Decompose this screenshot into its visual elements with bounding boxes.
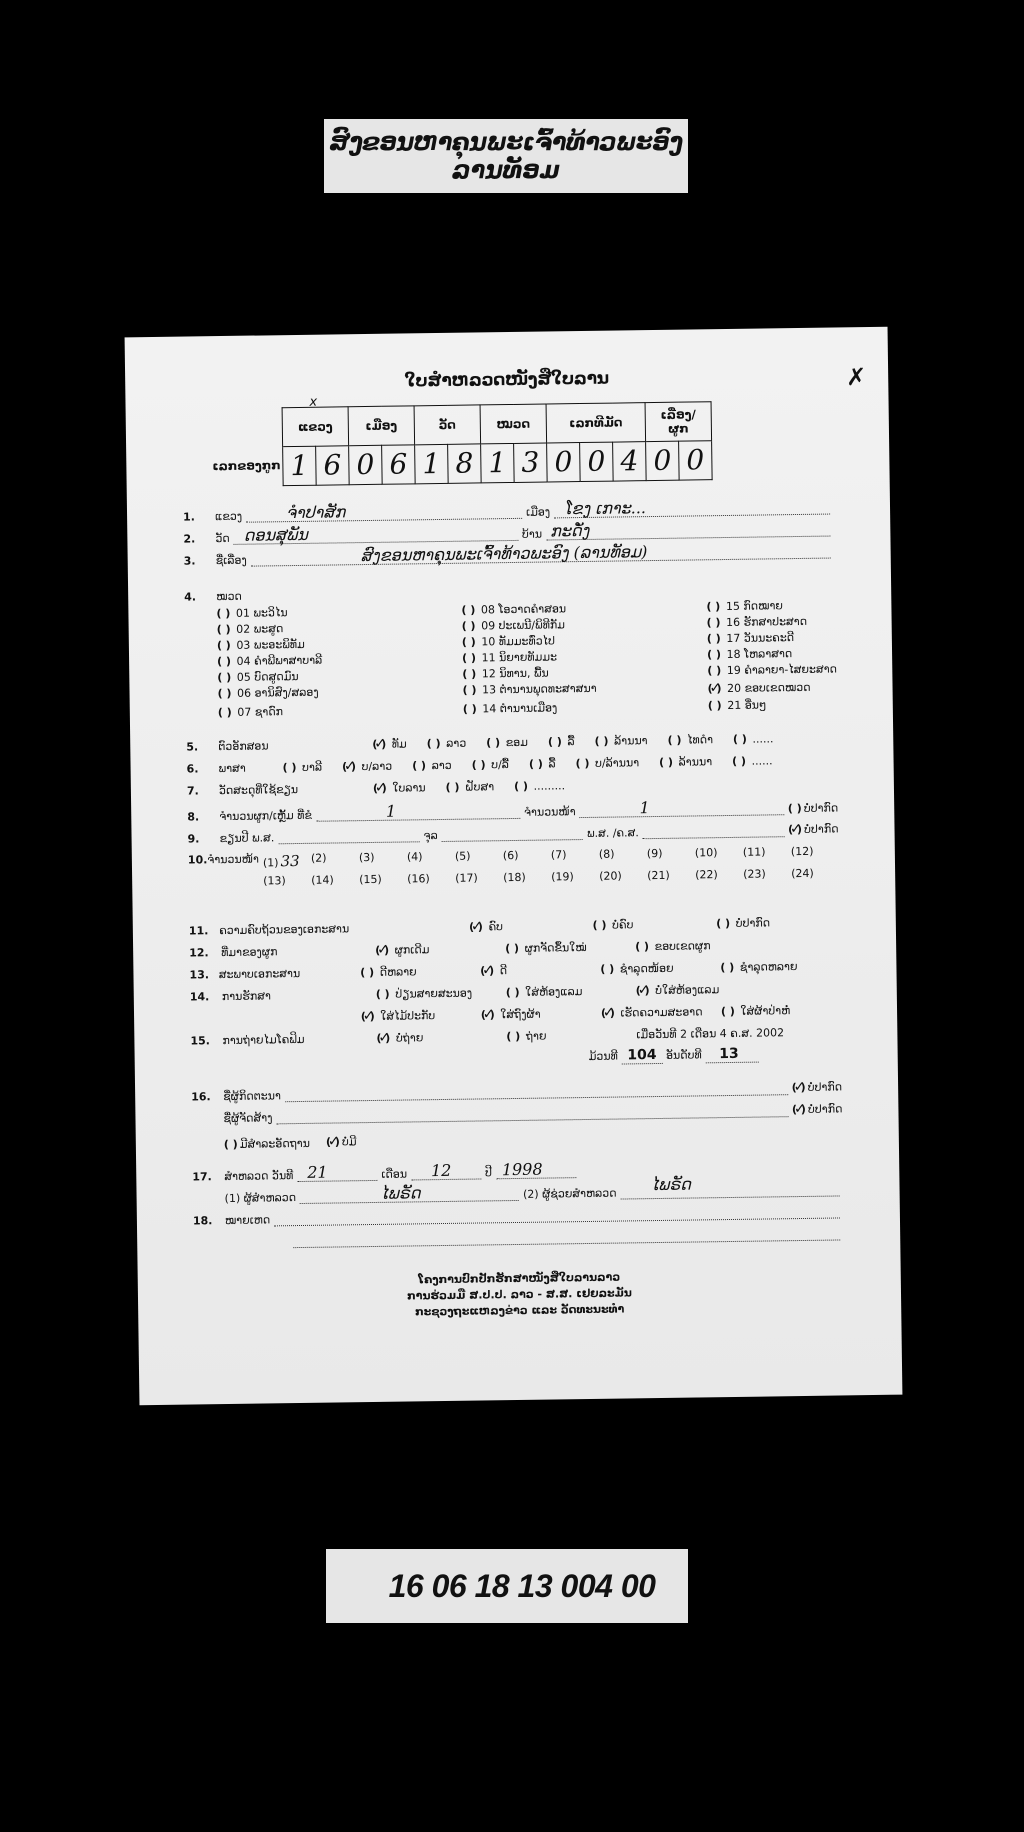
surveyor-value: ໄພຣັດ xyxy=(380,1183,421,1203)
top-title-line1: ສົງຂອນຫາຄຸນພະເຈົ້າທ້າວພະອົງ xyxy=(330,128,683,156)
colophon-no-option[interactable]: ( )ບໍ່ມີ xyxy=(326,1133,357,1149)
village-field[interactable]: ກະດັ່ງ xyxy=(546,520,831,541)
code-digit: 1 xyxy=(283,446,317,485)
script-label: ຕົວອັກສອນ xyxy=(218,738,368,753)
field-number: 14. xyxy=(190,990,222,1003)
checkbox[interactable]: ( ) xyxy=(506,1029,522,1042)
checkbox[interactable]: ( ) xyxy=(707,632,723,645)
checkbox-checked[interactable]: ( ) xyxy=(361,1008,377,1024)
survey-day-field[interactable]: 21 xyxy=(297,1164,377,1182)
option-label: ດີ xyxy=(496,964,507,977)
volume-slot[interactable]: (8) xyxy=(599,847,647,870)
code-header-bundle-no: ເລກທີມັດ xyxy=(546,403,646,443)
volume-slot[interactable]: (6) xyxy=(503,848,551,871)
frame-label: ອັນດັບທີ xyxy=(666,1048,702,1061)
checkbox-checked[interactable]: ( ) xyxy=(481,1006,497,1022)
creator-label: ຊື່ຜູ້ຈັດສ້າງ xyxy=(223,1111,272,1125)
checkbox-checked[interactable]: ( ) xyxy=(342,758,358,774)
survey-year-value: 1998 xyxy=(502,1160,543,1180)
volume-slot[interactable]: (10) xyxy=(695,846,743,869)
corner-x-mark: ✗ xyxy=(846,363,866,391)
option-label: ບ/ລື້ xyxy=(488,758,509,771)
category-option[interactable]: ( ) 19 ຄຳລາຍາ-ໄສຍະສາດ xyxy=(707,662,887,678)
field-number: 3. xyxy=(184,554,216,567)
field-number: 6. xyxy=(187,762,219,775)
category-option[interactable]: ( ) 18 ໂຫລາສາດ xyxy=(707,646,887,662)
option[interactable]: ( ) ຜູກເດີມ xyxy=(375,940,493,958)
category-option[interactable]: ( ) 03 ພະອະພິທັມ xyxy=(217,636,462,652)
option-label: ບໍ່ຖ່າຍ xyxy=(392,1031,423,1044)
option-label: 06 ອານິສົງ/ສລອງ xyxy=(233,686,318,700)
checkbox[interactable]: ( ) xyxy=(412,759,428,772)
option[interactable]: ( ) ຊຳລຸດໜ້ອຍ xyxy=(600,961,708,976)
option-label: 04 ຄຳພີພາສາບາລີ xyxy=(233,654,322,668)
option-label: ໄທດຳ xyxy=(683,733,713,746)
volume-slot[interactable]: (4) xyxy=(407,850,455,873)
checkbox[interactable]: ( ) xyxy=(635,940,651,953)
option-label: ຂອບເຂດຜູກ xyxy=(651,939,711,953)
checkbox[interactable]: ( ) xyxy=(594,735,610,748)
option-label: 19 ຄຳລາຍາ-ໄສຍະສາດ xyxy=(723,662,837,677)
checkbox[interactable]: ( ) xyxy=(461,603,477,616)
option[interactable]: ( ) ບ/ລາວ xyxy=(342,760,392,774)
option[interactable]: ( ) ຊຳລຸດຫລາຍ xyxy=(720,959,828,974)
option[interactable]: ( ) ລ້ານນາ xyxy=(659,755,712,769)
district-value: ໂຂງ ເກາະ... xyxy=(564,498,646,518)
title-value: ສົງຂອນຫາຄຸນພະເຈົ້າທ້າວພະອົງ (ລານທັອມ) xyxy=(361,542,648,565)
field-number: 11. xyxy=(189,924,219,937)
option-label: 02 ພະສູດ xyxy=(233,622,284,636)
category-option[interactable]: ( ) 12 ນິທານ, ພື້ນ xyxy=(462,664,707,680)
category-option[interactable]: ( ) 06 ອານິສົງ/ສລອງ xyxy=(217,684,462,703)
checkbox-checked[interactable]: ( ) xyxy=(375,942,391,958)
option[interactable]: ( ) ...... xyxy=(733,732,774,746)
checkbox-checked[interactable]: ( ) xyxy=(636,982,652,998)
category-option[interactable]: ( ) 08 ໂອວາດຄຳສອນ xyxy=(461,600,706,616)
option[interactable]: ( ) ເຮັດຄວາມສະອາດ xyxy=(601,1003,709,1021)
volume-slot[interactable]: (16) xyxy=(407,872,455,895)
option[interactable]: ( ) ລື້ xyxy=(548,735,575,748)
option-label: ຜູກຈັດຂຶ້ນໃໝ່ xyxy=(521,940,587,954)
count-unknown-option[interactable]: ( )ບໍ່ປາກົດ xyxy=(788,801,839,815)
field-number: 12. xyxy=(189,946,221,959)
option-label: ບໍ່ຄົບ xyxy=(609,918,634,931)
checkbox-checked[interactable]: ( ) xyxy=(601,1005,617,1021)
option[interactable]: ( ) ໃບລານ xyxy=(373,781,426,795)
volume-slot[interactable]: (15) xyxy=(359,872,407,895)
option-label: ບາລີ xyxy=(299,761,323,774)
province-value: ຈຳປາສັກ xyxy=(286,502,346,522)
code-digit: 4 xyxy=(613,442,647,481)
volume-slot[interactable]: (21) xyxy=(647,868,695,891)
option-label: ຜູກເດີມ xyxy=(391,943,429,957)
category-option[interactable]: ( ) 16 ຮັກສາປະສາດ xyxy=(707,614,887,630)
fascicle-count-label: ຈຳນວນຜູກ/ເຫຼັ້ມ ທີ່ຂໍ xyxy=(219,809,312,823)
option[interactable]: ( ) ປ່ຽນສາຍສະນອງ xyxy=(376,986,494,1001)
microfilm-date: ເມື່ອວັນທີ 2 ເດືອນ 4 ຄ.ສ. 2002 xyxy=(636,1026,784,1041)
field-number: 18. xyxy=(193,1214,225,1227)
volume-slot[interactable]: (20) xyxy=(599,869,647,892)
script-options: ( ) ທັມ( ) ລາວ( ) ຂອມ( ) ລື້( ) ລ້ານນາ( … xyxy=(372,730,793,752)
form-footer: ໂຄງການປົກປັກຮັກສາໜັງສືໃບລານລາວ ການຮ່ວມມື… xyxy=(194,1266,846,1323)
option[interactable]: ( ) ຖ່າຍ xyxy=(506,1028,624,1043)
code-digit: 0 xyxy=(646,441,680,480)
checkbox[interactable]: ( ) xyxy=(472,758,488,771)
code-digit: 3 xyxy=(514,443,548,482)
category-options: ( ) 01 ພະວິໄນ( ) 08 ໂອວາດຄຳສອນ( ) 15 ກົດ… xyxy=(216,598,837,719)
checkbox[interactable]: ( ) xyxy=(593,918,609,931)
option[interactable]: ( ) ລາວ xyxy=(427,737,467,751)
fascicle-count-value: 1 xyxy=(386,802,396,821)
written-year-field[interactable] xyxy=(278,825,420,844)
option[interactable]: ( ) ໃສ່ຜ້າປ່າຫໍ່ xyxy=(721,1003,829,1018)
category-option[interactable]: ( ) 01 ພະວິໄນ xyxy=(216,604,461,620)
cs-field[interactable] xyxy=(442,823,584,842)
option-label: ບ/ລາວ xyxy=(358,760,392,773)
colophon-yes-option[interactable]: ( )ມີສຳລະອັດຖານ xyxy=(224,1137,310,1151)
checkbox[interactable]: ( ) xyxy=(514,780,530,793)
option-label: 16 ຮັກສາປະສາດ xyxy=(723,615,808,629)
survey-year-field[interactable]: 1998 xyxy=(496,1161,576,1179)
checkbox[interactable]: ( ) xyxy=(217,671,233,684)
category-option[interactable]: ( ) 04 ຄຳພີພາສາບາລີ xyxy=(217,652,462,668)
fascicle-count-field[interactable]: 1 xyxy=(316,802,520,822)
option[interactable]: ( ) ທັມ xyxy=(372,737,407,750)
option-label: 10 ທັມມະທົ່ວໄປ xyxy=(478,634,555,648)
checkbox[interactable]: ( ) xyxy=(733,733,749,746)
option[interactable]: ( ) ຜູກຈັດຂຶ້ນໃໝ່ xyxy=(505,940,623,955)
field-number: 13. xyxy=(189,968,218,981)
checkbox[interactable]: ( ) xyxy=(707,616,723,629)
checkbox[interactable]: ( ) xyxy=(548,735,564,748)
code-header-province: ແຂວງ xyxy=(282,407,349,447)
volume-slot[interactable]: (9) xyxy=(647,846,695,869)
section-label: ຄວາມຄົບຖ້ວນຂອງເອກະສານ xyxy=(219,920,465,936)
checkbox[interactable]: ( ) xyxy=(708,699,724,712)
category-option[interactable]: ( ) 15 ກົດໝາຍ xyxy=(706,598,886,614)
field-number: 4. xyxy=(184,590,216,603)
volume-slot[interactable]: (23) xyxy=(743,867,791,890)
volume-slot[interactable]: (22) xyxy=(695,868,743,891)
remarks-label: ໝາຍເຫດ xyxy=(225,1213,270,1227)
volume-slot[interactable]: (3) xyxy=(359,850,407,873)
code-x-mark: x xyxy=(309,395,317,410)
form-title: ໃບສຳຫລວດໜັງສືໃບລານ xyxy=(181,366,832,395)
volume-slot[interactable]: (18) xyxy=(503,870,551,893)
checkbox-checked[interactable]: ( ) xyxy=(707,680,723,696)
top-title-label: ສົງຂອນຫາຄຸນພະເຈົ້າທ້າວພະອົງ ລານທັອມ xyxy=(324,119,688,193)
district-field[interactable]: ໂຂງ ເກາະ... xyxy=(554,498,830,519)
checkbox-checked[interactable]: ( ) xyxy=(469,918,485,934)
category-option[interactable]: ( ) 11 ນິຍາຍທັມມະ xyxy=(462,648,707,664)
option[interactable]: ( ) ......... xyxy=(514,779,565,793)
field-number: 17. xyxy=(192,1170,224,1183)
code-digit: 0 xyxy=(679,441,713,480)
page-count-field[interactable]: 1 xyxy=(579,798,783,818)
code-digit: 0 xyxy=(580,442,614,481)
option[interactable]: ( ) ຂອບເຂດຜູກ xyxy=(635,938,753,953)
date-unknown-option[interactable]: ( )ບໍ່ປາກົດ xyxy=(788,820,839,837)
temple-label: ວັດ xyxy=(215,532,230,545)
checkbox[interactable]: ( ) xyxy=(506,985,522,998)
option-label: 07 ຊາດົກ xyxy=(234,705,283,719)
section-label: ການຖ່າຍໄມໂຄຟິມ xyxy=(222,1031,372,1046)
option[interactable]: ( ) ຂອມ xyxy=(486,736,528,750)
option[interactable]: ( ) ໃສ່ຖົງຜ້າ xyxy=(481,1005,589,1023)
option-label: ລື້ xyxy=(564,735,575,748)
category-option[interactable]: ( ) 13 ຕຳນານພຸດທະສາສນາ xyxy=(462,680,707,699)
assistant-field[interactable]: ໄພຣັດ xyxy=(620,1179,839,1199)
checkbox[interactable]: ( ) xyxy=(667,734,683,747)
option[interactable]: ( ) ຝັບສາ xyxy=(446,780,495,794)
volume-slot[interactable]: (7) xyxy=(551,848,599,871)
checkbox[interactable]: ( ) xyxy=(505,941,521,954)
frame-value: 13 xyxy=(705,1046,759,1064)
checkbox[interactable]: ( ) xyxy=(462,619,478,632)
option-label: 11 ນິຍາຍທັມມະ xyxy=(478,650,557,664)
checkbox[interactable]: ( ) xyxy=(716,916,732,929)
manuscript-code-block: x ເລກຂອງກູກ ແຂວງ ເມືອງ ວັດ ໝວດ ເລກທີມັດ … xyxy=(212,400,834,488)
checkbox[interactable]: ( ) xyxy=(707,664,723,677)
checkbox[interactable]: ( ) xyxy=(462,667,478,680)
option-label: ...... xyxy=(749,732,774,745)
option-label: ບໍ່ປາກົດ xyxy=(732,916,770,930)
survey-date-label: ສຳຫລວດ ວັນທີ xyxy=(224,1169,293,1183)
language-label: ພາສາ xyxy=(219,761,279,775)
province-label: ແຂວງ xyxy=(215,510,242,523)
category-option[interactable]: ( ) 09 ປະເພນີ/ພິທີກັມ xyxy=(462,616,707,632)
volume-slot[interactable]: (17) xyxy=(455,871,503,894)
checkbox[interactable]: ( ) xyxy=(283,761,299,774)
sponsor-unknown-option[interactable]: ( )ບໍ່ປາກົດ xyxy=(792,1078,843,1095)
surveyor-field[interactable]: ໄພຣັດ xyxy=(300,1184,519,1204)
option-label: 21 ອື່ນໆ xyxy=(724,698,767,712)
checkbox-checked[interactable]: ( ) xyxy=(373,780,389,796)
page-count-value: 1 xyxy=(639,798,649,817)
village-label: ບ້ານ xyxy=(522,528,542,541)
survey-month-value: 12 xyxy=(431,1161,452,1180)
code-table: ແຂວງ ເມືອງ ວັດ ໝວດ ເລກທີມັດ ເລື່ອງ/ຜູກ 1… xyxy=(282,401,713,486)
province-field[interactable]: ຈຳປາສັກ xyxy=(246,502,522,523)
creator-field[interactable] xyxy=(276,1100,788,1124)
code-digit: 0 xyxy=(349,445,383,484)
field-number: 9. xyxy=(188,832,220,845)
survey-day-value: 21 xyxy=(307,1163,328,1182)
volume-slot[interactable]: (11) xyxy=(743,845,791,868)
volume-1-value: 33 xyxy=(280,852,299,870)
option-label: 09 ປະເພນີ/ພິທີກັມ xyxy=(478,618,565,632)
checkbox[interactable]: ( ) xyxy=(462,635,478,648)
option-label: ໃສ່ຫ້ອງແລມ xyxy=(522,985,583,999)
code-digit: 1 xyxy=(481,443,515,482)
checkbox[interactable]: ( ) xyxy=(575,757,591,770)
option[interactable]: ( ) ລື້ xyxy=(529,757,556,770)
checkbox[interactable]: ( ) xyxy=(600,962,616,975)
option-label: ......... xyxy=(530,779,565,792)
checkbox[interactable]: ( ) xyxy=(427,737,443,750)
remarks-field-2[interactable] xyxy=(293,1223,840,1248)
category-label: ໝວດ xyxy=(216,590,242,603)
volume-slot[interactable]: (2) xyxy=(311,851,359,874)
option[interactable]: ( ) ບໍ່ຖ່າຍ xyxy=(376,1028,494,1046)
assistant-label: (2) ຜູ້ຊ່ວຍສຳຫລວດ xyxy=(523,1187,617,1201)
volume-slot[interactable]: (13) xyxy=(263,874,311,897)
field-number: 16. xyxy=(191,1090,223,1103)
be-ad-field[interactable] xyxy=(643,820,785,839)
sponsor-label: ຊື່ຜູ້ກິດຕະນາ xyxy=(223,1089,281,1103)
surveyor-label: (1) ຜູ້ສຳຫລວດ xyxy=(225,1191,297,1205)
village-value: ກະດັ່ງ xyxy=(550,521,590,541)
option-label: 03 ພະອະພິທັມ xyxy=(233,638,305,652)
option-label: ໃບລານ xyxy=(389,781,426,795)
be-ad-label: ພ.ສ. /ຄ.ສ. xyxy=(587,826,639,840)
checkbox[interactable]: ( ) xyxy=(217,655,233,668)
option-label: ລາວ xyxy=(428,759,452,772)
field-number: 15. xyxy=(190,1034,222,1047)
option-label: ບ/ລ້ານນາ xyxy=(591,756,639,770)
code-header-fascicle: ເລື່ອງ/ຜູກ xyxy=(645,402,712,442)
written-year-label: ຂຽນປີ ພ.ສ. xyxy=(219,831,274,845)
volume-slot[interactable]: (1)33 xyxy=(263,852,311,875)
checkbox[interactable]: ( ) xyxy=(376,987,392,1000)
title-label: ຊື່ເລື່ອງ xyxy=(216,554,247,567)
code-header-district: ເມືອງ xyxy=(348,406,415,446)
checkbox[interactable]: ( ) xyxy=(217,687,233,700)
option-label: ລາວ xyxy=(443,737,467,750)
option[interactable]: ( ) ...... xyxy=(732,754,773,768)
survey-month-field[interactable]: 12 xyxy=(411,1162,481,1180)
page-count-label: ຈຳນວນໜ້າ xyxy=(524,805,576,819)
field-number: 1. xyxy=(183,510,215,523)
option[interactable]: ( ) ບ/ລ້ານນາ xyxy=(575,756,639,770)
option-label: ຖ່າຍ xyxy=(522,1029,546,1042)
volume-slot[interactable]: (14) xyxy=(311,873,359,896)
checkbox[interactable]: ( ) xyxy=(706,600,722,613)
option-label: ດີຫລາຍ xyxy=(376,965,417,979)
checkbox[interactable]: ( ) xyxy=(732,755,748,768)
code-label: ເລກຂອງກູກ xyxy=(212,458,282,473)
option-label: 08 ໂອວາດຄຳສອນ xyxy=(477,602,566,616)
option-label: ລ້ານນາ xyxy=(675,755,712,769)
volume-slot[interactable]: (24) xyxy=(791,866,839,889)
volume-slot[interactable]: (19) xyxy=(551,870,599,893)
option-label: ເຮັດຄວາມສະອາດ xyxy=(617,1005,703,1019)
code-digit: 8 xyxy=(448,444,482,483)
option-label: ລື້ xyxy=(545,757,556,770)
category-option[interactable]: ( ) 05 ບົດສູດມົນ xyxy=(217,668,462,684)
assistant-value: ໄພຣັດ xyxy=(650,1175,691,1195)
option-label: ປ່ຽນສາຍສະນອງ xyxy=(392,986,473,1000)
checkbox[interactable]: ( ) xyxy=(529,758,545,771)
option-label: 20 ຂອບເຂດໝວດ xyxy=(723,681,810,695)
checkbox[interactable]: ( ) xyxy=(721,1004,737,1017)
checkbox[interactable]: ( ) xyxy=(217,639,233,652)
survey-year-label: ປີ xyxy=(485,1166,492,1179)
code-digit: 6 xyxy=(382,445,416,484)
checkbox[interactable]: ( ) xyxy=(720,960,736,973)
code-digit: 6 xyxy=(316,446,350,485)
checkbox-checked[interactable]: ( ) xyxy=(372,736,388,752)
bottom-code-label: 16 06 18 13 004 00 xyxy=(326,1549,688,1623)
option[interactable]: ( ) ບາລີ xyxy=(283,761,323,775)
option[interactable]: ( ) ລາວ xyxy=(412,759,452,773)
option[interactable]: ( ) ໃສ່ໄມ້ປະກັບ xyxy=(361,1007,469,1025)
section-label: ທີ່ມາຂອງຜູກ xyxy=(221,943,371,958)
option-label: 13 ຕຳນານພຸດທະສາສນາ xyxy=(478,682,596,697)
code-header-temple: ວັດ xyxy=(414,405,481,445)
option[interactable]: ( ) ລ້ານນາ xyxy=(594,734,647,748)
option-label: 17 ວັນນະຄະດີ xyxy=(723,631,794,645)
option-label: ທັມ xyxy=(388,737,407,750)
category-option[interactable]: ( ) 10 ທັມມະທົ່ວໄປ xyxy=(462,632,707,648)
option-label: ຊຳລຸດຫລາຍ xyxy=(736,960,797,974)
option-label: 14 ຕຳນານເມືອງ xyxy=(479,701,558,715)
checkbox[interactable]: ( ) xyxy=(707,648,723,661)
option[interactable]: ( ) ບໍ່ຄົບ xyxy=(593,917,705,932)
option-label: ຝັບສາ xyxy=(462,780,495,793)
checkbox-checked[interactable]: ( ) xyxy=(480,962,496,978)
volume-slot[interactable]: (5) xyxy=(455,849,503,872)
volume-slot[interactable]: (12) xyxy=(791,844,839,867)
option[interactable]: ( ) ບໍ່ໃສ່ຫ້ອງແລມ xyxy=(636,981,754,999)
checkbox[interactable]: ( ) xyxy=(486,736,502,749)
option-label: ໃສ່ຖົງຜ້າ xyxy=(497,1008,541,1022)
cs-label: ຈຸລ xyxy=(424,829,438,842)
checkbox[interactable]: ( ) xyxy=(360,965,376,978)
checkbox[interactable]: ( ) xyxy=(462,651,478,664)
category-option[interactable]: ( ) 21 ອື່ນໆ xyxy=(708,697,888,713)
option[interactable]: ( ) ຄົບ xyxy=(469,917,581,935)
material-label: ວັດສະດຸທີ່ໃຊ້ຂຽນ xyxy=(219,782,369,797)
section-label: ການຮັກສາ xyxy=(222,987,372,1002)
option[interactable]: ( ) ດີ xyxy=(480,961,588,979)
category-option[interactable]: ( ) 17 ວັນນະຄະດີ xyxy=(707,630,887,646)
checkbox[interactable]: ( ) xyxy=(462,683,478,696)
creator-unknown-option[interactable]: ( )ບໍ່ປາກົດ xyxy=(792,1100,843,1117)
district-label: ເມືອງ xyxy=(526,505,550,518)
temple-value: ດອນສຸພັນ xyxy=(244,525,308,545)
option-label: ...... xyxy=(748,754,773,767)
option[interactable]: ( ) ໃສ່ຫ້ອງແລມ xyxy=(506,984,624,999)
material-options: ( ) ໃບລານ( ) ຝັບສາ( ) ......... xyxy=(373,777,585,796)
survey-month-label: ເດືອນ xyxy=(381,1168,407,1181)
checkbox[interactable]: ( ) xyxy=(217,623,233,636)
option-label: 18 ໂຫລາສາດ xyxy=(723,647,792,661)
checkbox-checked[interactable]: ( ) xyxy=(376,1030,392,1046)
field-number: 2. xyxy=(183,532,215,545)
code-digit: 0 xyxy=(547,443,581,482)
checkbox[interactable]: ( ) xyxy=(218,706,234,719)
option[interactable]: ( ) ໄທດຳ xyxy=(667,733,713,747)
temple-field[interactable]: ດອນສຸພັນ xyxy=(234,524,519,545)
option[interactable]: ( ) ບໍ່ປາກົດ xyxy=(716,915,828,930)
category-option[interactable]: ( ) 20 ຂອບເຂດໝວດ xyxy=(707,678,887,697)
category-option[interactable]: ( ) 02 ພະສູດ xyxy=(217,620,462,636)
option-label: ໃສ່ຜ້າປ່າຫໍ່ xyxy=(737,1004,790,1018)
checkbox[interactable]: ( ) xyxy=(446,781,462,794)
checkbox[interactable]: ( ) xyxy=(659,756,675,769)
option-label: ໃສ່ໄມ້ປະກັບ xyxy=(377,1009,436,1023)
checkbox[interactable]: ( ) xyxy=(216,607,232,620)
option-label: 15 ກົດໝາຍ xyxy=(722,599,783,613)
option[interactable]: ( ) ດີຫລາຍ xyxy=(360,964,468,979)
roll-value: 104 xyxy=(621,1047,662,1065)
field-number: 8. xyxy=(187,810,219,823)
field-number: 10. xyxy=(188,853,208,897)
checkbox[interactable]: ( ) xyxy=(463,702,479,715)
option[interactable]: ( ) ບ/ລື້ xyxy=(472,758,509,772)
section-label xyxy=(219,1016,356,1018)
